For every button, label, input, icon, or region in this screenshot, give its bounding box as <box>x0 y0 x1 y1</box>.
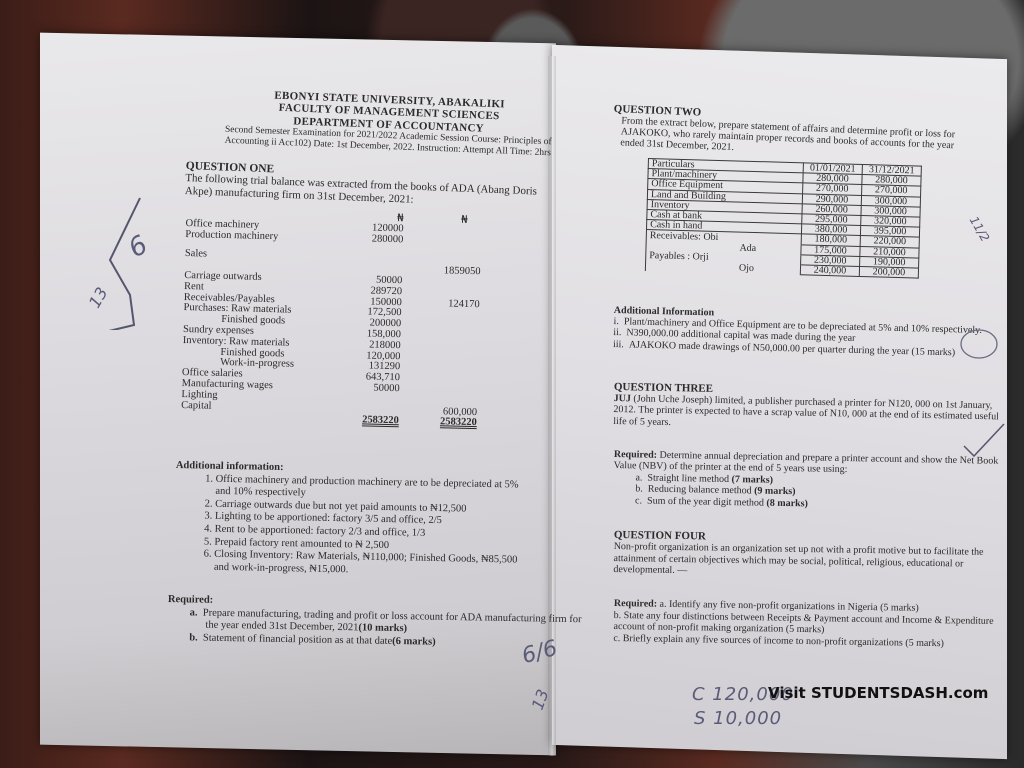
question-three-required: Required: Determine annual depreciation … <box>613 449 1004 513</box>
question-three: QUESTION THREE JUJ (John Uche Joseph) li… <box>613 382 1004 434</box>
question-one-additional-info: Additional information: Office machinery… <box>174 460 586 581</box>
total-dr: 2583220 <box>341 415 399 427</box>
trial-balance-label: Sales <box>185 249 207 260</box>
total-cr: 2583220 <box>413 417 477 429</box>
ajakoko-balances-table: Particulars 01/01/2021 31/12/2021 Plant/… <box>645 158 922 279</box>
question-two-additional-info: Additional Information i. Plant/machiner… <box>613 305 1004 359</box>
handwritten-note-scrap: S 10,000 <box>694 708 782 729</box>
question-four-text: Non-profit organization is an organizati… <box>613 541 993 581</box>
trial-balance-debit <box>341 404 399 405</box>
handwritten-check-mark <box>960 420 1010 460</box>
question-four: QUESTION FOUR Non-profit organization is… <box>613 530 994 582</box>
watermark-text: Visit STUDENTSDASH.com <box>768 684 988 702</box>
trial-balance: ₦ ₦ Office machinery120000Production mac… <box>181 208 516 430</box>
closing-value-cell: 200,000 <box>859 266 918 278</box>
additional-info-list: Office machinery and production machiner… <box>174 473 586 582</box>
question-four-required: Required: a. Identify any five non-profi… <box>613 598 1004 650</box>
exam-paper: EBONYI STATE UNIVERSITY, ABAKALIKI FACUL… <box>0 0 1024 768</box>
trial-balance-label: Capital <box>181 400 212 412</box>
trial-balance-debit <box>342 394 400 395</box>
opening-value-cell: 240,000 <box>800 265 859 277</box>
handwritten-circle-mark <box>955 320 1005 370</box>
